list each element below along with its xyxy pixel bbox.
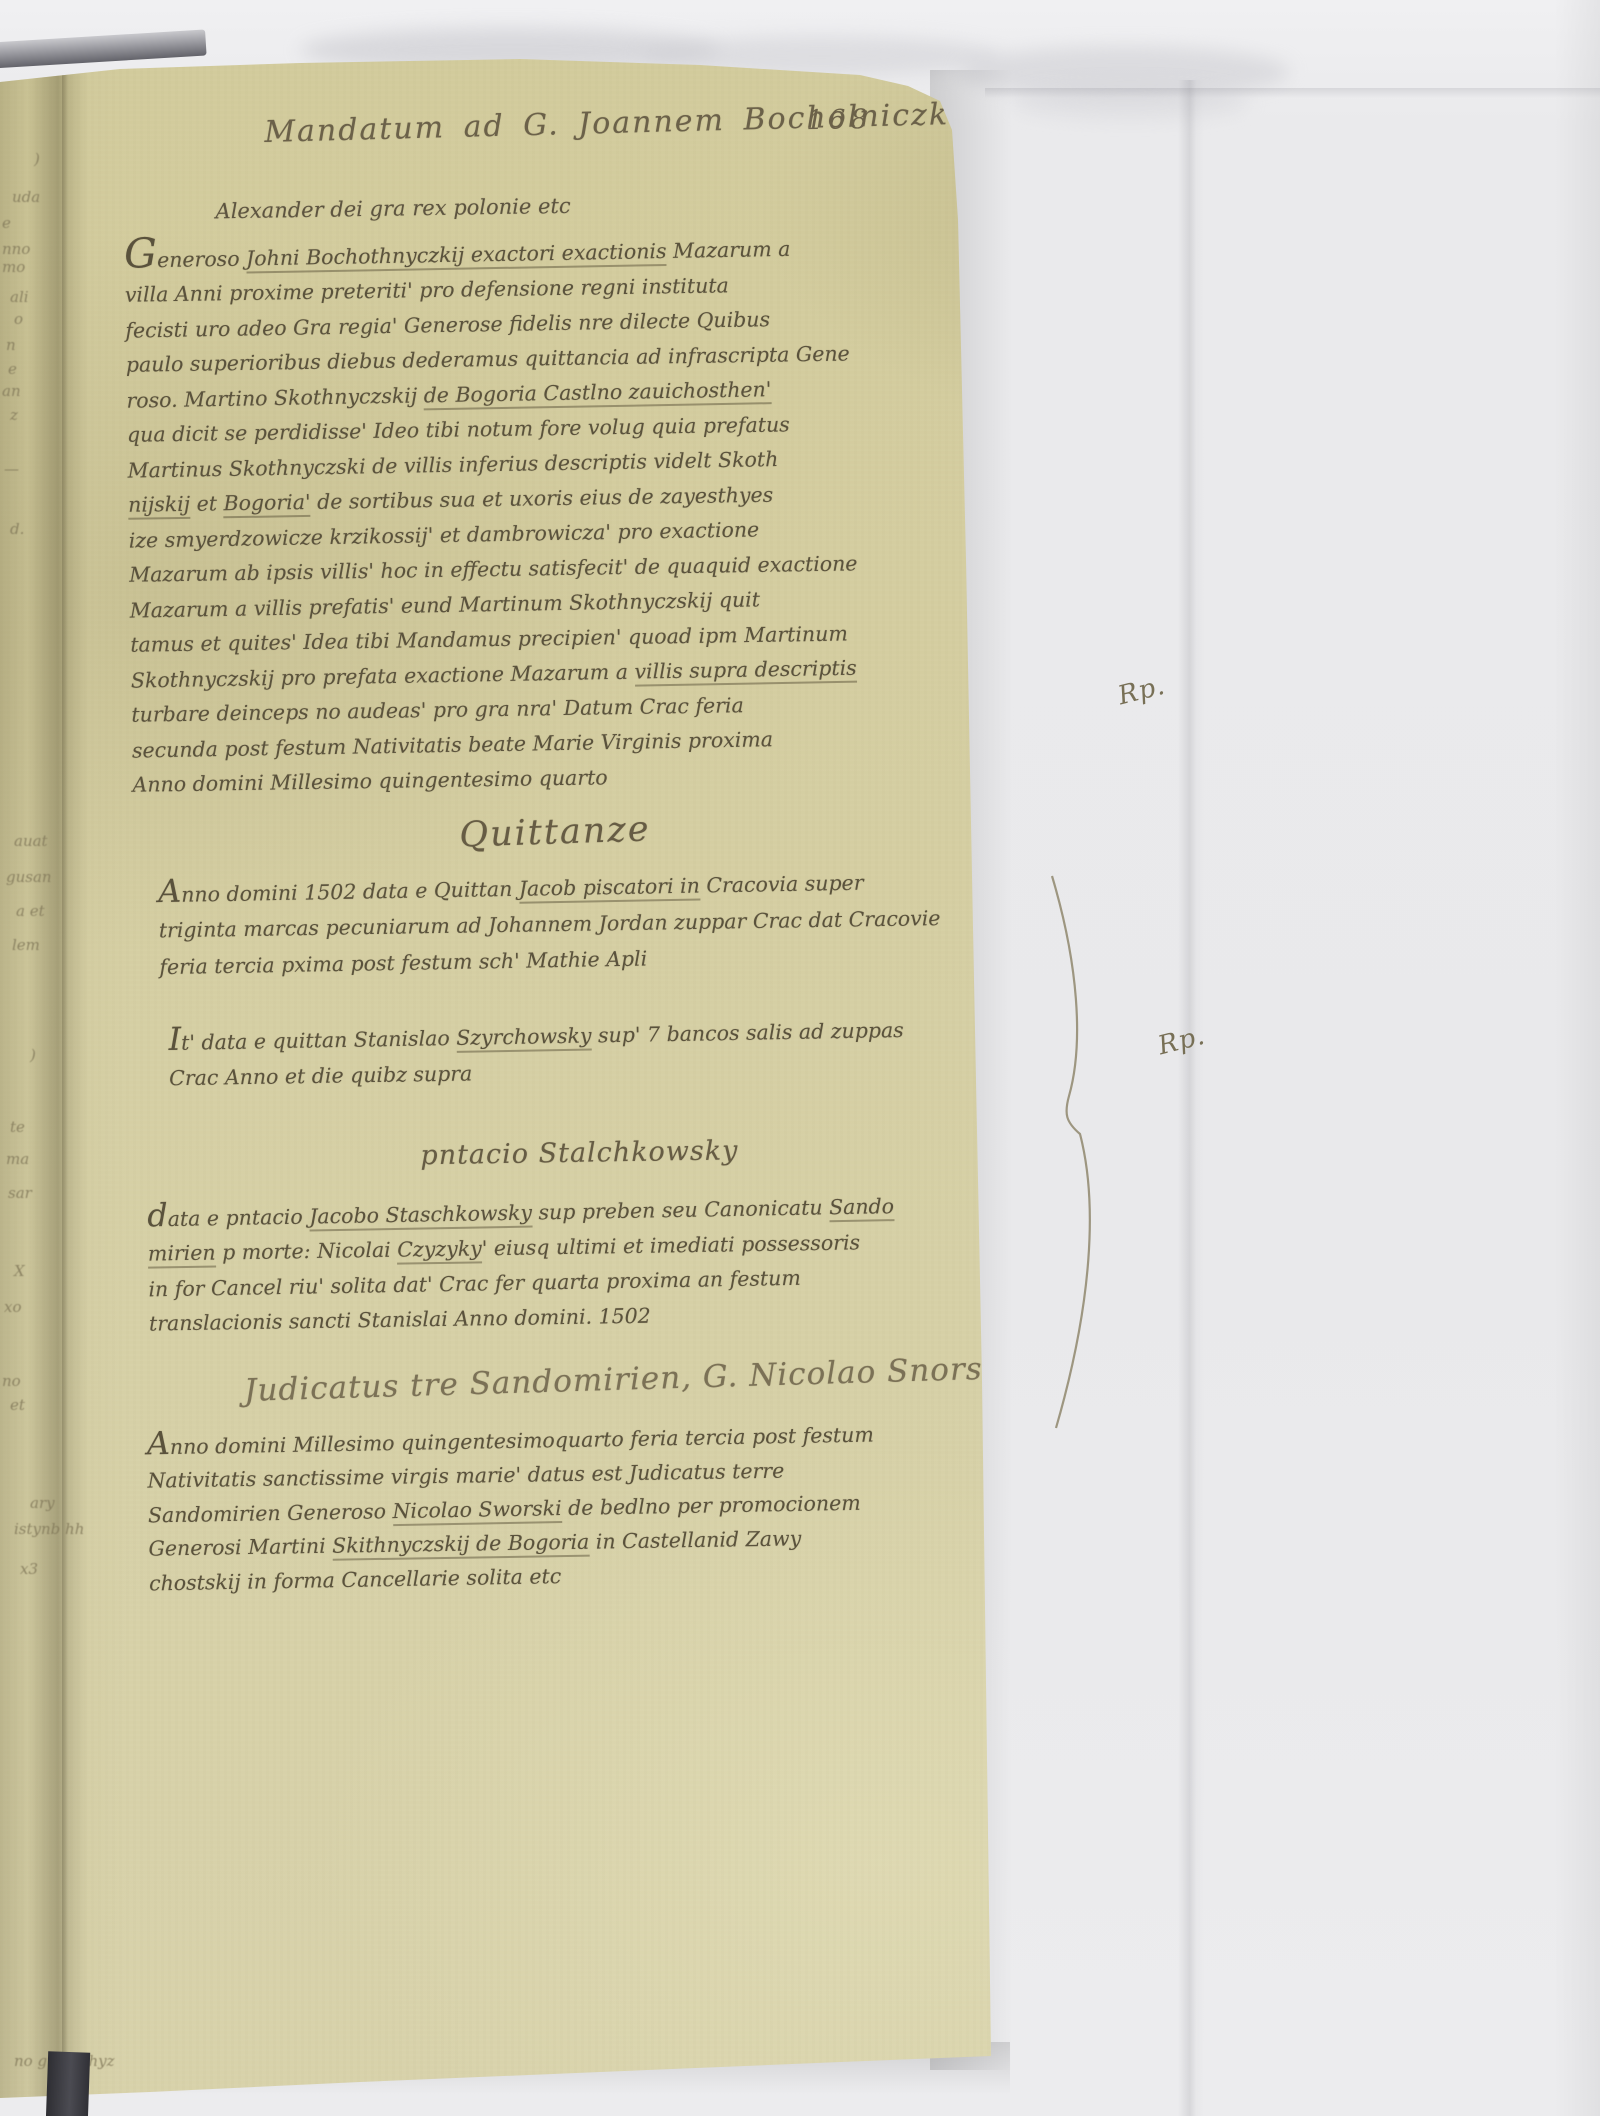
gutter-text-fragment: a et — [16, 902, 45, 920]
gutter-text-fragment: uda — [12, 188, 40, 206]
gutter-text-fragment: — — [4, 460, 19, 478]
gutter-text-fragment: ) — [30, 1046, 36, 1064]
gutter-text-fragment: lem — [12, 936, 40, 954]
binding-rod — [46, 2051, 90, 2116]
folio-number: 168 — [806, 104, 873, 136]
royal-salutation: Alexander dei gra rex polonie etc — [215, 188, 913, 223]
paragraph-judicatus-body: Anno domini Millesimo quingentesimoquart… — [147, 1417, 936, 1599]
paragraph-quittancia-jacobo: Anno domini 1502 data e Quittan Jacob pi… — [158, 864, 926, 984]
gutter-text-fragment: e — [2, 214, 11, 232]
gutter-text-fragment: et — [10, 1396, 25, 1414]
backing-sheet-seam — [1178, 80, 1204, 2116]
gutter-text-fragment: auat — [14, 832, 48, 850]
gutter-text-fragment: ma — [6, 1150, 29, 1168]
scanner-bar — [0, 29, 207, 68]
margin-brace — [1038, 868, 1108, 1448]
gutter-text-fragment: gusan — [6, 868, 52, 886]
manuscript-content: Mandatum ad G. Joannem Bocholniczki. 168… — [112, 101, 935, 1599]
section-heading-quittanze: Quittanze — [459, 800, 924, 855]
backdrop-right-shading — [1554, 0, 1600, 2116]
backing-sheet-edge — [985, 88, 1600, 98]
gutter-text-fragment: o — [14, 310, 23, 328]
manuscript-page: Mandatum ad G. Joannem Bocholniczki. 168… — [0, 0, 1600, 2116]
gutter-text-fragment: n — [6, 336, 16, 354]
section-heading-pntacio: pntacio Stalchkowsky — [420, 1132, 928, 1171]
gutter-text-fragment: xo — [4, 1298, 22, 1316]
paragraph-quittancia-stanislao: It' data e quittan Stanislao Szyrchowsky… — [168, 1012, 927, 1096]
paragraph-pntacio-body: data e pntacio Jacobo Staschkowsky sup p… — [147, 1189, 931, 1341]
gutter-text-fragment: z — [10, 406, 18, 424]
gutter-crease — [62, 60, 68, 2100]
section-heading-judicatus: Judicatus tre Sandomirien, G. Nicolao Sn… — [244, 1352, 933, 1408]
gutter-text-fragment: an — [2, 382, 21, 400]
paragraph-mandatum-body: Generoso Johni Bochothnyczkij exactori e… — [124, 224, 923, 802]
gutter-text-fragment: ary — [30, 1494, 55, 1512]
gutter-text-fragment: no — [2, 1372, 21, 1390]
registration-mark: Rp. — [1115, 671, 1168, 712]
gutter-text-fragment: te — [10, 1118, 25, 1136]
gutter-text-fragment: ) — [34, 150, 40, 168]
gutter-text-fragment: mo — [2, 258, 25, 276]
gutter-text-fragment: istynb hh — [14, 1520, 84, 1538]
sections: Generoso Johni Bochothnyczkij exactori e… — [114, 224, 935, 1599]
gutter-text-fragment: x3 — [20, 1560, 38, 1578]
gutter-text-fragment: sar — [8, 1184, 32, 1202]
scanned-manuscript-view: Mandatum ad G. Joannem Bocholniczki. 168… — [0, 0, 1600, 2116]
gutter-text-fragment: X — [14, 1262, 25, 1280]
gutter-text-fragment: ali — [10, 288, 29, 306]
gutter-text-fragment: d. — [10, 520, 24, 538]
gutter-text-fragment: nno — [2, 240, 30, 258]
gutter-text-fragment: e — [8, 360, 17, 378]
